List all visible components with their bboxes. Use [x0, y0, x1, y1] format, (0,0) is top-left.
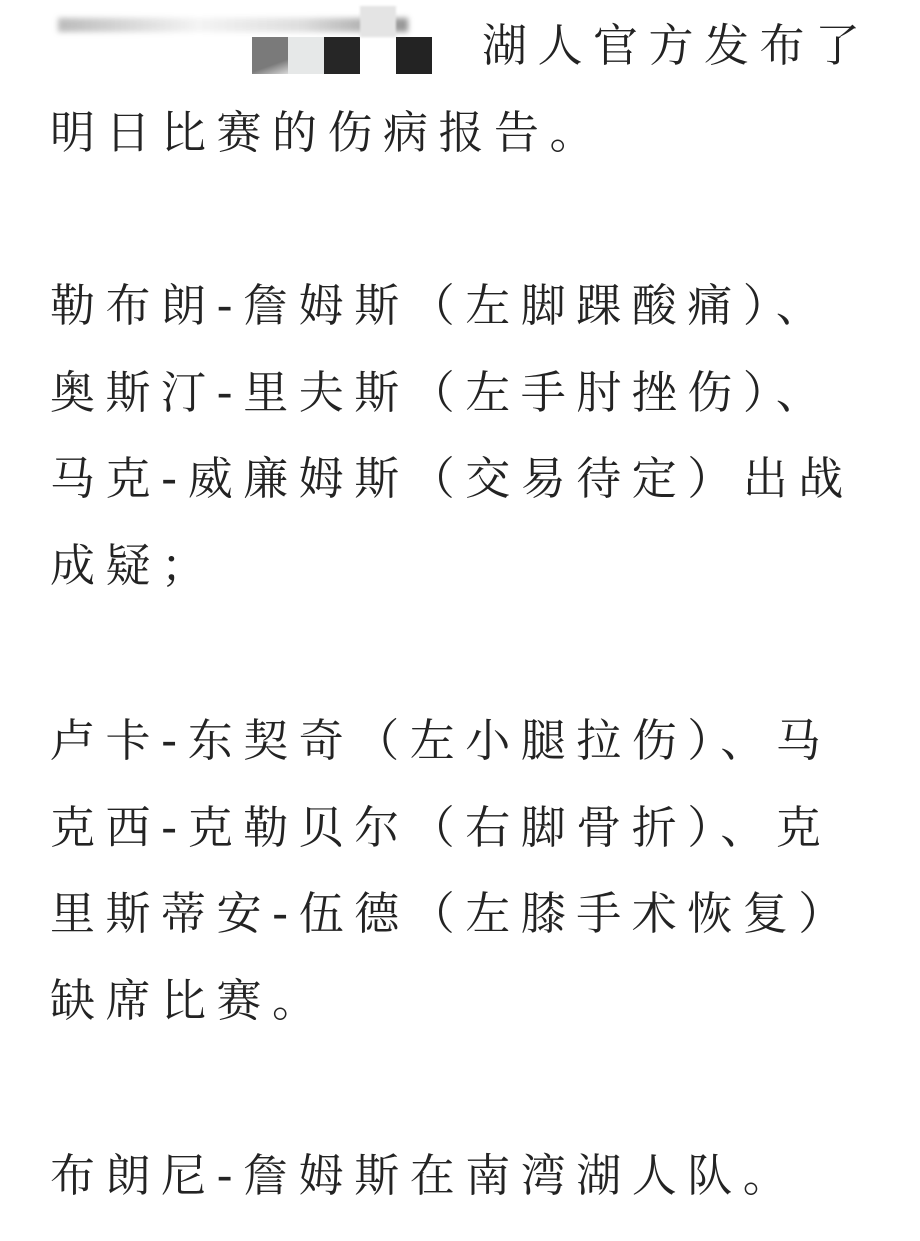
paragraph-2-line-2: 奥斯汀-里夫斯（左手肘挫伤）、	[50, 363, 831, 423]
paragraph-3-line-2: 克西-克勒贝尔（右脚骨折）、克	[50, 798, 831, 858]
paragraph-3-line-1: 卢卡-东契奇（左小腿拉伤）、马	[50, 711, 831, 771]
blurred-text	[58, 18, 408, 32]
paragraph-3-line-4: 缺席比赛。	[50, 971, 328, 1031]
mosaic-tile	[288, 37, 324, 74]
paragraph-2-line-3: 马克-威廉姆斯（交易待定）出战	[50, 449, 854, 509]
mosaic-tile	[360, 6, 396, 37]
paragraph-2-line-1: 勒布朗-詹姆斯（左脚踝酸痛）、	[50, 276, 831, 336]
paragraph-1-line-1: 湖人官方发布了	[482, 16, 871, 76]
paragraph-2-line-4: 成疑；	[50, 536, 217, 596]
paragraph-1-line-2: 明日比赛的伤病报告。	[50, 103, 605, 163]
paragraph-3-line-3: 里斯蒂安-伍德（左膝手术恢复）	[50, 884, 854, 944]
redacted-region	[50, 0, 480, 90]
paragraph-4-line-1: 布朗尼-詹姆斯在南湾湖人队。	[50, 1146, 798, 1206]
mosaic-tile	[396, 37, 432, 74]
mosaic-tile	[252, 37, 288, 74]
mosaic-tile	[324, 37, 360, 74]
